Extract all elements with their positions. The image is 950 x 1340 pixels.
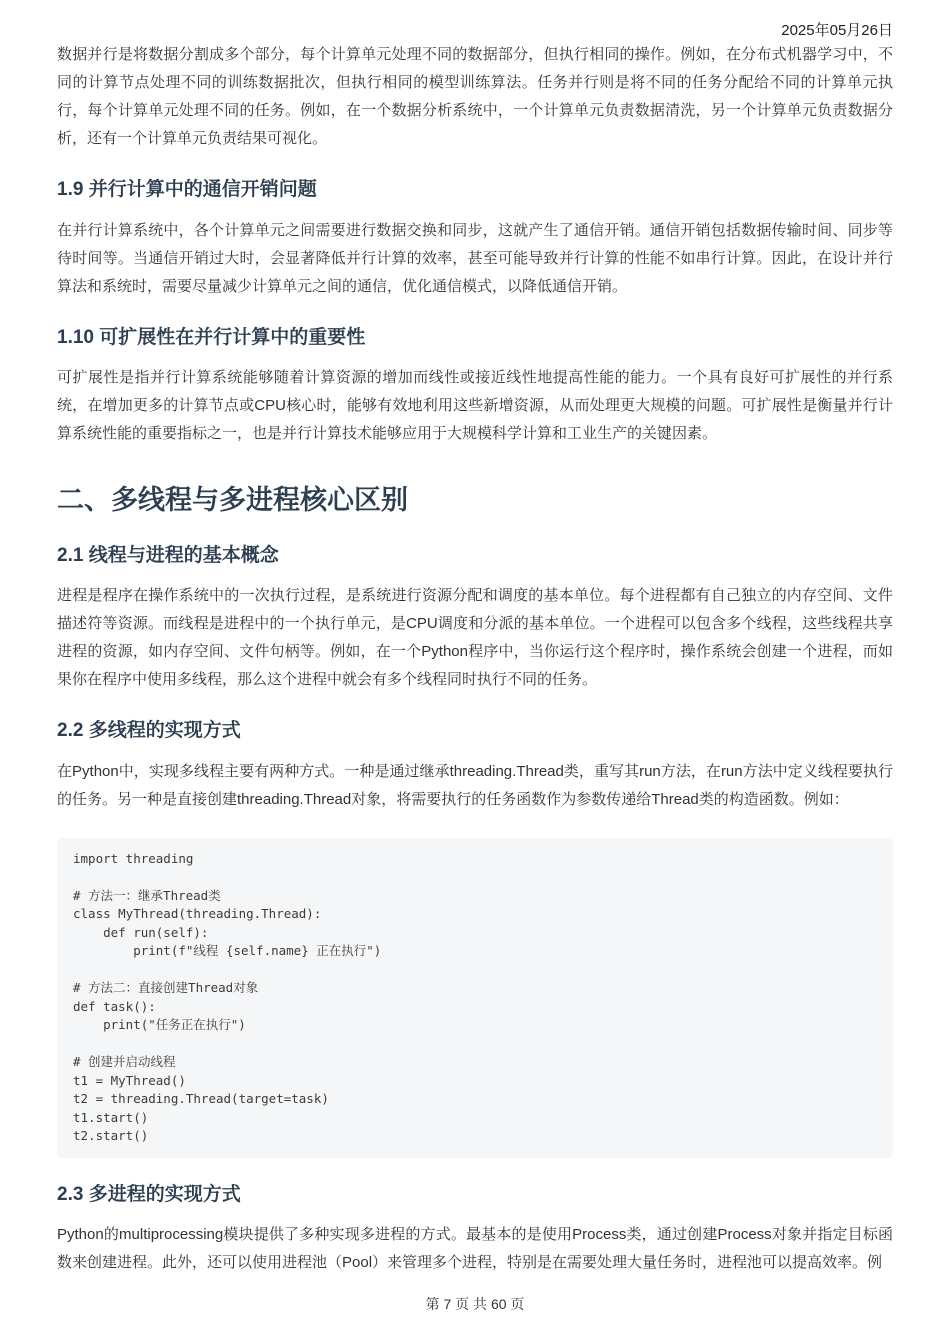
section-body-2-2: 在Python中，实现多线程主要有两种方式。一种是通过继承threading.T… xyxy=(57,758,893,814)
chapter-2-heading: 二、多线程与多进程核心区别 xyxy=(57,482,893,518)
section-body-2-1: 进程是程序在操作系统中的一次执行过程，是系统进行资源分配和调度的基本单位。每个进… xyxy=(57,582,893,694)
footer-page-number: 第 7 页 共 60 页 xyxy=(0,1294,950,1314)
section-heading-2-1: 2.1 线程与进程的基本概念 xyxy=(57,543,893,570)
document-date: 2025年05月26日 xyxy=(57,20,893,41)
section-body-2-3: Python的multiprocessing模块提供了多种实现多进程的方式。最基… xyxy=(57,1221,893,1277)
section-body-1-10: 可扩展性是指并行计算系统能够随着计算资源的增加而线性或接近线性地提高性能的能力。… xyxy=(57,364,893,448)
section-heading-1-10: 1.10 可扩展性在并行计算中的重要性 xyxy=(57,325,893,352)
python-code-block: import threading # 方法一：继承Thread类 class M… xyxy=(57,838,893,1158)
document-page: 2025年05月26日 数据并行是将数据分割成多个部分，每个计算单元处理不同的数… xyxy=(0,0,950,1340)
section-body-1-9: 在并行计算系统中，各个计算单元之间需要进行数据交换和同步，这就产生了通信开销。通… xyxy=(57,217,893,301)
section-heading-2-3: 2.3 多进程的实现方式 xyxy=(57,1182,893,1209)
intro-paragraph: 数据并行是将数据分割成多个部分，每个计算单元处理不同的数据部分，但执行相同的操作… xyxy=(57,41,893,153)
section-heading-2-2: 2.2 多线程的实现方式 xyxy=(57,718,893,745)
section-heading-1-9: 1.9 并行计算中的通信开销问题 xyxy=(57,177,893,204)
